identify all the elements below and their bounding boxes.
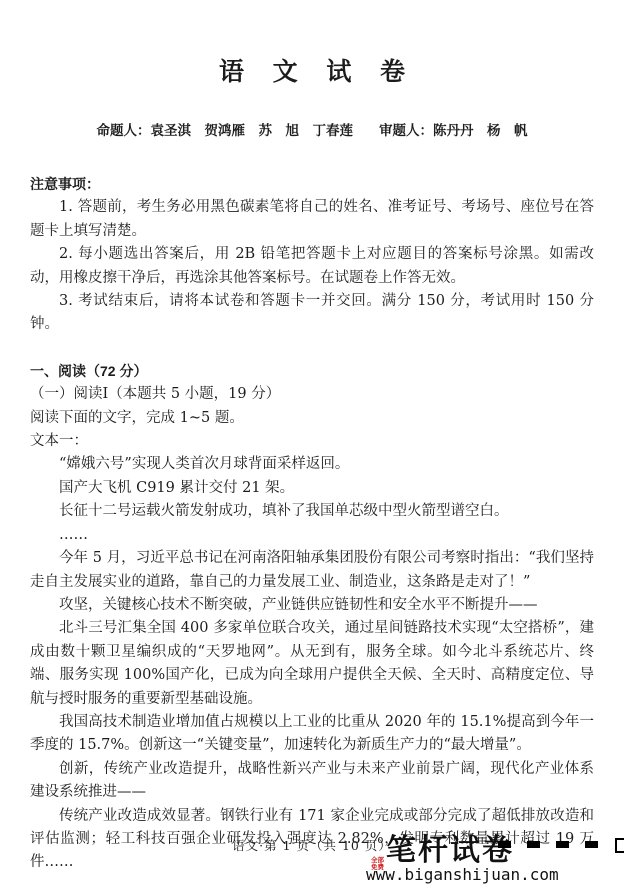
body-paragraph: 国产大飞机 C919 累计交付 21 架。 — [30, 477, 594, 500]
cut-dash — [498, 841, 511, 848]
body-paragraph: 攻坚，关键核心技术不断突破，产业链供应链韧性和安全水平不断提升—— — [30, 594, 594, 617]
instruction-line: 阅读下面的文字，完成 1~5 题。 — [30, 407, 594, 430]
body-paragraph: 北斗三号汇集全国 400 多家单位联合攻关，通过星间链路技术实现“太空搭桥”，建… — [30, 617, 594, 711]
notice-item: 2. 每小题选出答案后，用 2B 铅笔把答题卡上对应题目的答案标号涂黑。如需改动… — [30, 243, 594, 290]
watermark-url: www.biganshijuan.com — [366, 866, 606, 883]
body-paragraph: 我国高技术制造业增加值占规模以上工业的比重从 2020 年的 15.1%提高到今… — [30, 711, 594, 758]
body-paragraph-ellipsis: …… — [30, 524, 594, 547]
page-content: 语 文 试 卷 命题人：袁圣淇 贺鸿雁 苏 旭 丁春莲审题人：陈丹丹 杨 帆 注… — [0, 0, 624, 875]
cut-dash — [556, 841, 569, 848]
sub-heading: （一）阅读Ⅰ（本题共 5 小题，19 分） — [30, 383, 594, 406]
cut-square-mark — [615, 838, 624, 853]
notice-item: 3. 考试结束后，请将本试卷和答题卡一并交回。满分 150 分，考试用时 150… — [30, 290, 594, 337]
byline: 命题人：袁圣淇 贺鸿雁 苏 旭 丁春莲审题人：陈丹丹 杨 帆 — [30, 119, 594, 139]
cut-marks — [498, 841, 598, 848]
body-paragraph: 长征十二号运载火箭发射成功，填补了我国单芯级中型火箭型谱空白。 — [30, 500, 594, 523]
byline-setters: 命题人：袁圣淇 贺鸿雁 苏 旭 丁春莲 — [97, 123, 354, 138]
exam-paper-page: 语 文 试 卷 命题人：袁圣淇 贺鸿雁 苏 旭 丁春莲审题人：陈丹丹 杨 帆 注… — [0, 0, 624, 890]
part-heading: 一、阅读（72 分） — [30, 360, 594, 383]
notice-heading: 注意事项： — [30, 173, 594, 196]
byline-reviewers: 审题人：陈丹丹 杨 帆 — [379, 123, 528, 138]
cut-dash — [585, 841, 598, 848]
notice-item: 1. 答题前，考生务必用黑色碳素笔将自己的姓名、准考证号、考场号、座位号在答题卡… — [30, 196, 594, 243]
cut-dash — [527, 841, 540, 848]
body-paragraph: “嫦娥六号”实现人类首次月球背面采样返回。 — [30, 453, 594, 476]
watermark-free-badge: 全部免费 — [371, 857, 386, 871]
body-paragraph: 今年 5 月，习近平总书记在河南洛阳轴承集团股份有限公司考察时指出：“我们坚持走… — [30, 547, 594, 594]
notice-section: 注意事项： 1. 答题前，考生务必用黑色碳素笔将自己的姓名、准考证号、考场号、座… — [30, 173, 594, 337]
text-label: 文本一： — [30, 430, 594, 453]
page-title: 语 文 试 卷 — [30, 0, 594, 88]
body-paragraph: 创新，传统产业改造提升，战略性新兴产业与未来产业前景广阔，现代化产业体系建设系统… — [30, 758, 594, 805]
reading-section: 一、阅读（72 分） （一）阅读Ⅰ（本题共 5 小题，19 分） 阅读下面的文字… — [30, 360, 594, 875]
